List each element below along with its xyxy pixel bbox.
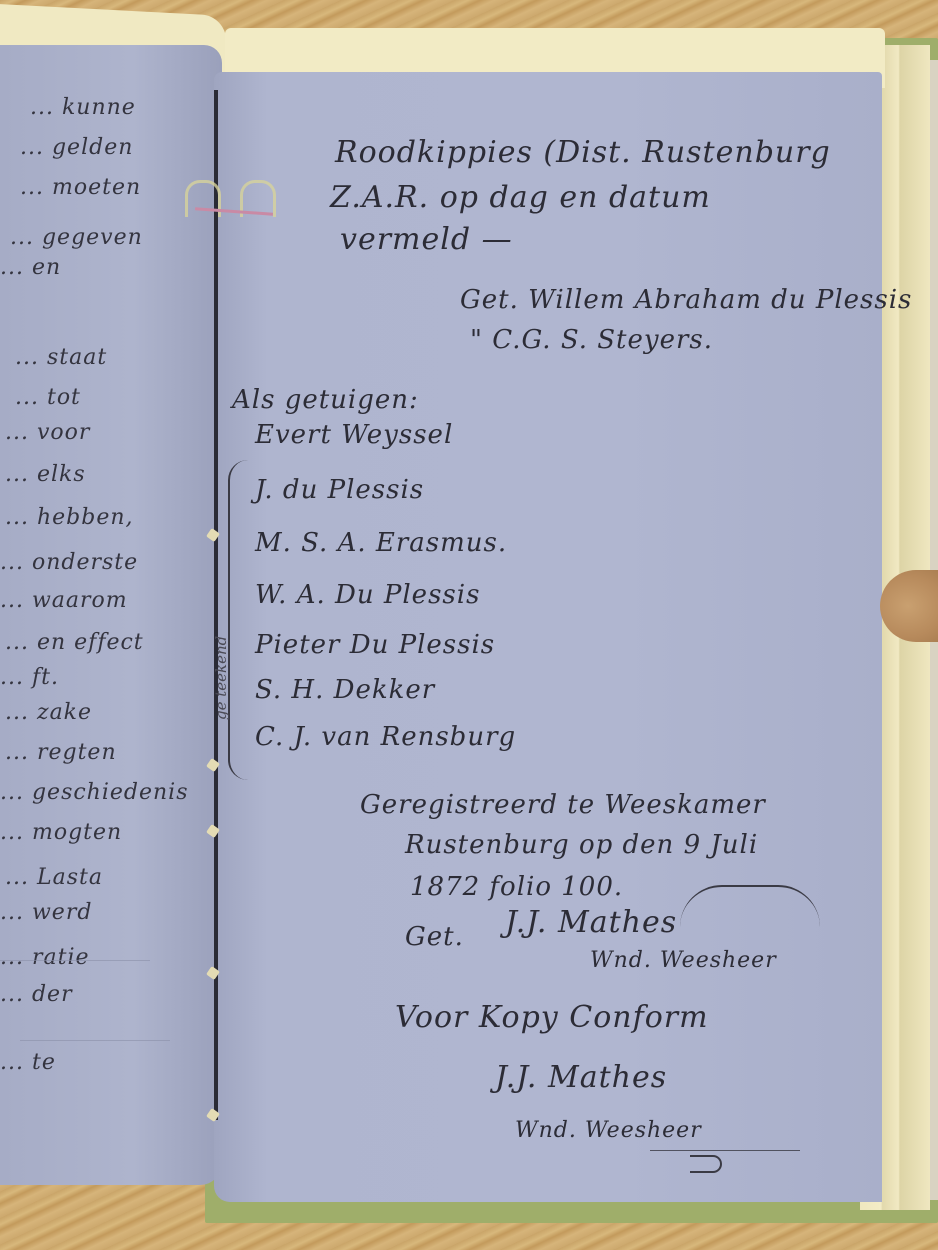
left-line: ... werd (0, 900, 92, 925)
left-line: ... tot (15, 385, 81, 410)
left-line: ... waarom (0, 588, 128, 613)
left-line: ... moeten (20, 175, 141, 200)
heading-line: Z.A.R. op dag en datum (330, 180, 711, 215)
left-line: ... gegeven (10, 225, 143, 250)
left-line: ... te (0, 1050, 56, 1075)
signed-line: Get. Willem Abraham du Plessis (460, 285, 912, 315)
binding-gutter (214, 90, 218, 1120)
signature-underline (650, 1150, 800, 1151)
registration-title: Wnd. Weesheer (590, 948, 777, 973)
left-rule (20, 1040, 170, 1041)
left-line: ... staat (15, 345, 107, 370)
registration-line: Rustenburg op den 9 Juli (405, 830, 758, 860)
left-line: ... kunne (30, 95, 136, 120)
signed-line: " C.G. S. Steyers. (470, 325, 713, 355)
left-line: ... regten (5, 740, 117, 765)
witness-name: W. A. Du Plessis (255, 580, 480, 610)
witness-name: Pieter Du Plessis (255, 630, 495, 660)
left-line: ... hebben, (5, 505, 134, 530)
left-line: ... geschiedenis (0, 780, 189, 805)
registration-line: Geregistreerd te Weeskamer (360, 790, 766, 820)
registration-line: 1872 folio 100. (410, 872, 623, 902)
final-signature: J.J. Mathes (495, 1060, 667, 1095)
witness-name: M. S. A. Erasmus. (255, 528, 507, 558)
witness-name: S. H. Dekker (255, 675, 435, 705)
left-line: ... mogten (0, 820, 122, 845)
witness-name: J. du Plessis (255, 475, 424, 505)
left-line: ... ratie (0, 945, 90, 970)
left-line: ... en effect (5, 630, 144, 655)
left-line: ... zake (5, 700, 92, 725)
left-rule (0, 960, 150, 961)
margin-note: ge teekend (212, 636, 230, 720)
left-line: ... Lasta (5, 865, 103, 890)
witness-brace (228, 460, 252, 780)
left-line: ... der (0, 982, 73, 1007)
registration-signature: J.J. Mathes (505, 905, 677, 940)
left-line: ... en (0, 255, 61, 280)
left-line: ... elks (5, 462, 86, 487)
registration-get: Get. (405, 922, 464, 952)
left-line: ... ft. (0, 665, 59, 690)
left-line: ... gelden (20, 135, 133, 160)
heading-line: Roodkippies (Dist. Rustenburg (335, 135, 831, 170)
signature-paraph (690, 1155, 722, 1173)
final-signature-title: Wnd. Weesheer (515, 1118, 702, 1143)
copy-conform-note: Voor Kopy Conform (395, 1000, 709, 1035)
witness-name: Evert Weyssel (255, 420, 453, 450)
left-line: ... voor (5, 420, 90, 445)
signature-flourish (680, 885, 820, 927)
witness-name: C. J. van Rensburg (255, 722, 516, 752)
heading-line: vermeld — (340, 222, 513, 257)
left-line: ... onderste (0, 550, 138, 575)
witnesses-label: Als getuigen: (232, 385, 419, 415)
